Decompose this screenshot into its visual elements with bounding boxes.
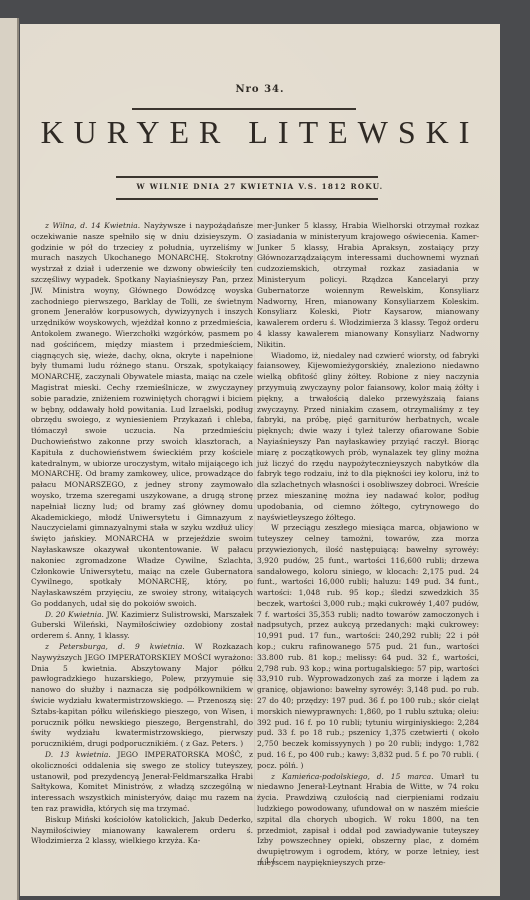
article-paragraph: z Petersburga, d. 9 kwietnia. W Rozkazac… bbox=[31, 642, 253, 750]
article-paragraph: D. 13 kwietnia. JEGO IMPERATORSKA MOŚĆ, … bbox=[31, 750, 253, 815]
previous-page-edge bbox=[0, 18, 19, 900]
article-text: Biskup Miński kościołów katolickich, Jak… bbox=[31, 815, 253, 846]
left-column: z Wilna, d. 14 Kwietnia. Nayżywsze i nay… bbox=[31, 221, 253, 847]
article-text: Umarł tu niedawno Jenerał-Leytnant Hrabi… bbox=[257, 772, 479, 867]
article-text: W Rozkazach Naywyższych JEGO IMPERATORSK… bbox=[31, 642, 253, 748]
article-text: JEGO IMPERATORSKA MOŚĆ, z okoliczności o… bbox=[31, 750, 253, 813]
right-column: mer-Junker 5 klassy, Hrabia Wielhorski o… bbox=[257, 221, 479, 869]
column-gutter bbox=[254, 220, 255, 820]
article-lead: D. 20 Kwietnia. bbox=[45, 610, 104, 619]
masthead-rule-top bbox=[132, 108, 356, 110]
page-number: ( 1 ( bbox=[260, 856, 275, 865]
article-text: mer-Junker 5 klassy, Hrabia Wielhorski o… bbox=[257, 221, 479, 349]
article-paragraph: z Wilna, d. 14 Kwietnia. Nayżywsze i nay… bbox=[31, 221, 253, 610]
issue-number: Nro 34. bbox=[20, 84, 500, 95]
dateline: W WILNIE DNIA 27 KWIETNIA V.S. 1812 ROKU… bbox=[20, 182, 500, 191]
article-lead: z Kamieńca-podolskiego, d. 15 marca. bbox=[271, 772, 433, 781]
article-lead: D. 13 kwietnia. bbox=[45, 750, 111, 759]
article-paragraph: D. 20 Kwietnia. JW. Kazimierz Sulistrows… bbox=[31, 610, 253, 642]
article-lead: z Wilna, d. 14 Kwietnia. bbox=[45, 221, 140, 230]
article-paragraph: W przeciągu zeszłego miesiąca marca, obj… bbox=[257, 523, 479, 771]
article-paragraph: mer-Junker 5 klassy, Hrabia Wielhorski o… bbox=[257, 221, 479, 351]
article-text: Nayżywsze i naypożądańsze oczekiwanie na… bbox=[31, 221, 253, 608]
article-lead: z Petersburga, d. 9 kwietnia. bbox=[45, 642, 185, 651]
article-text: Wiadomo, iż, niedaley nad czwierć wiorst… bbox=[257, 351, 479, 522]
article-paragraph: Wiadomo, iż, niedaley nad czwierć wiorst… bbox=[257, 351, 479, 524]
article-paragraph: z Kamieńca-podolskiego, d. 15 marca. Uma… bbox=[257, 772, 479, 869]
masthead-rule-middle bbox=[116, 176, 378, 178]
newspaper-page: Nro 34. KURYER LITEWSKI W WILNIE DNIA 27… bbox=[20, 24, 500, 896]
newspaper-title: KURYER LITEWSKI bbox=[20, 114, 500, 151]
article-paragraph: Biskup Miński kościołów katolickich, Jak… bbox=[31, 815, 253, 847]
masthead-rule-bottom bbox=[116, 198, 378, 200]
article-text: W przeciągu zeszłego miesiąca marca, obj… bbox=[257, 523, 479, 770]
